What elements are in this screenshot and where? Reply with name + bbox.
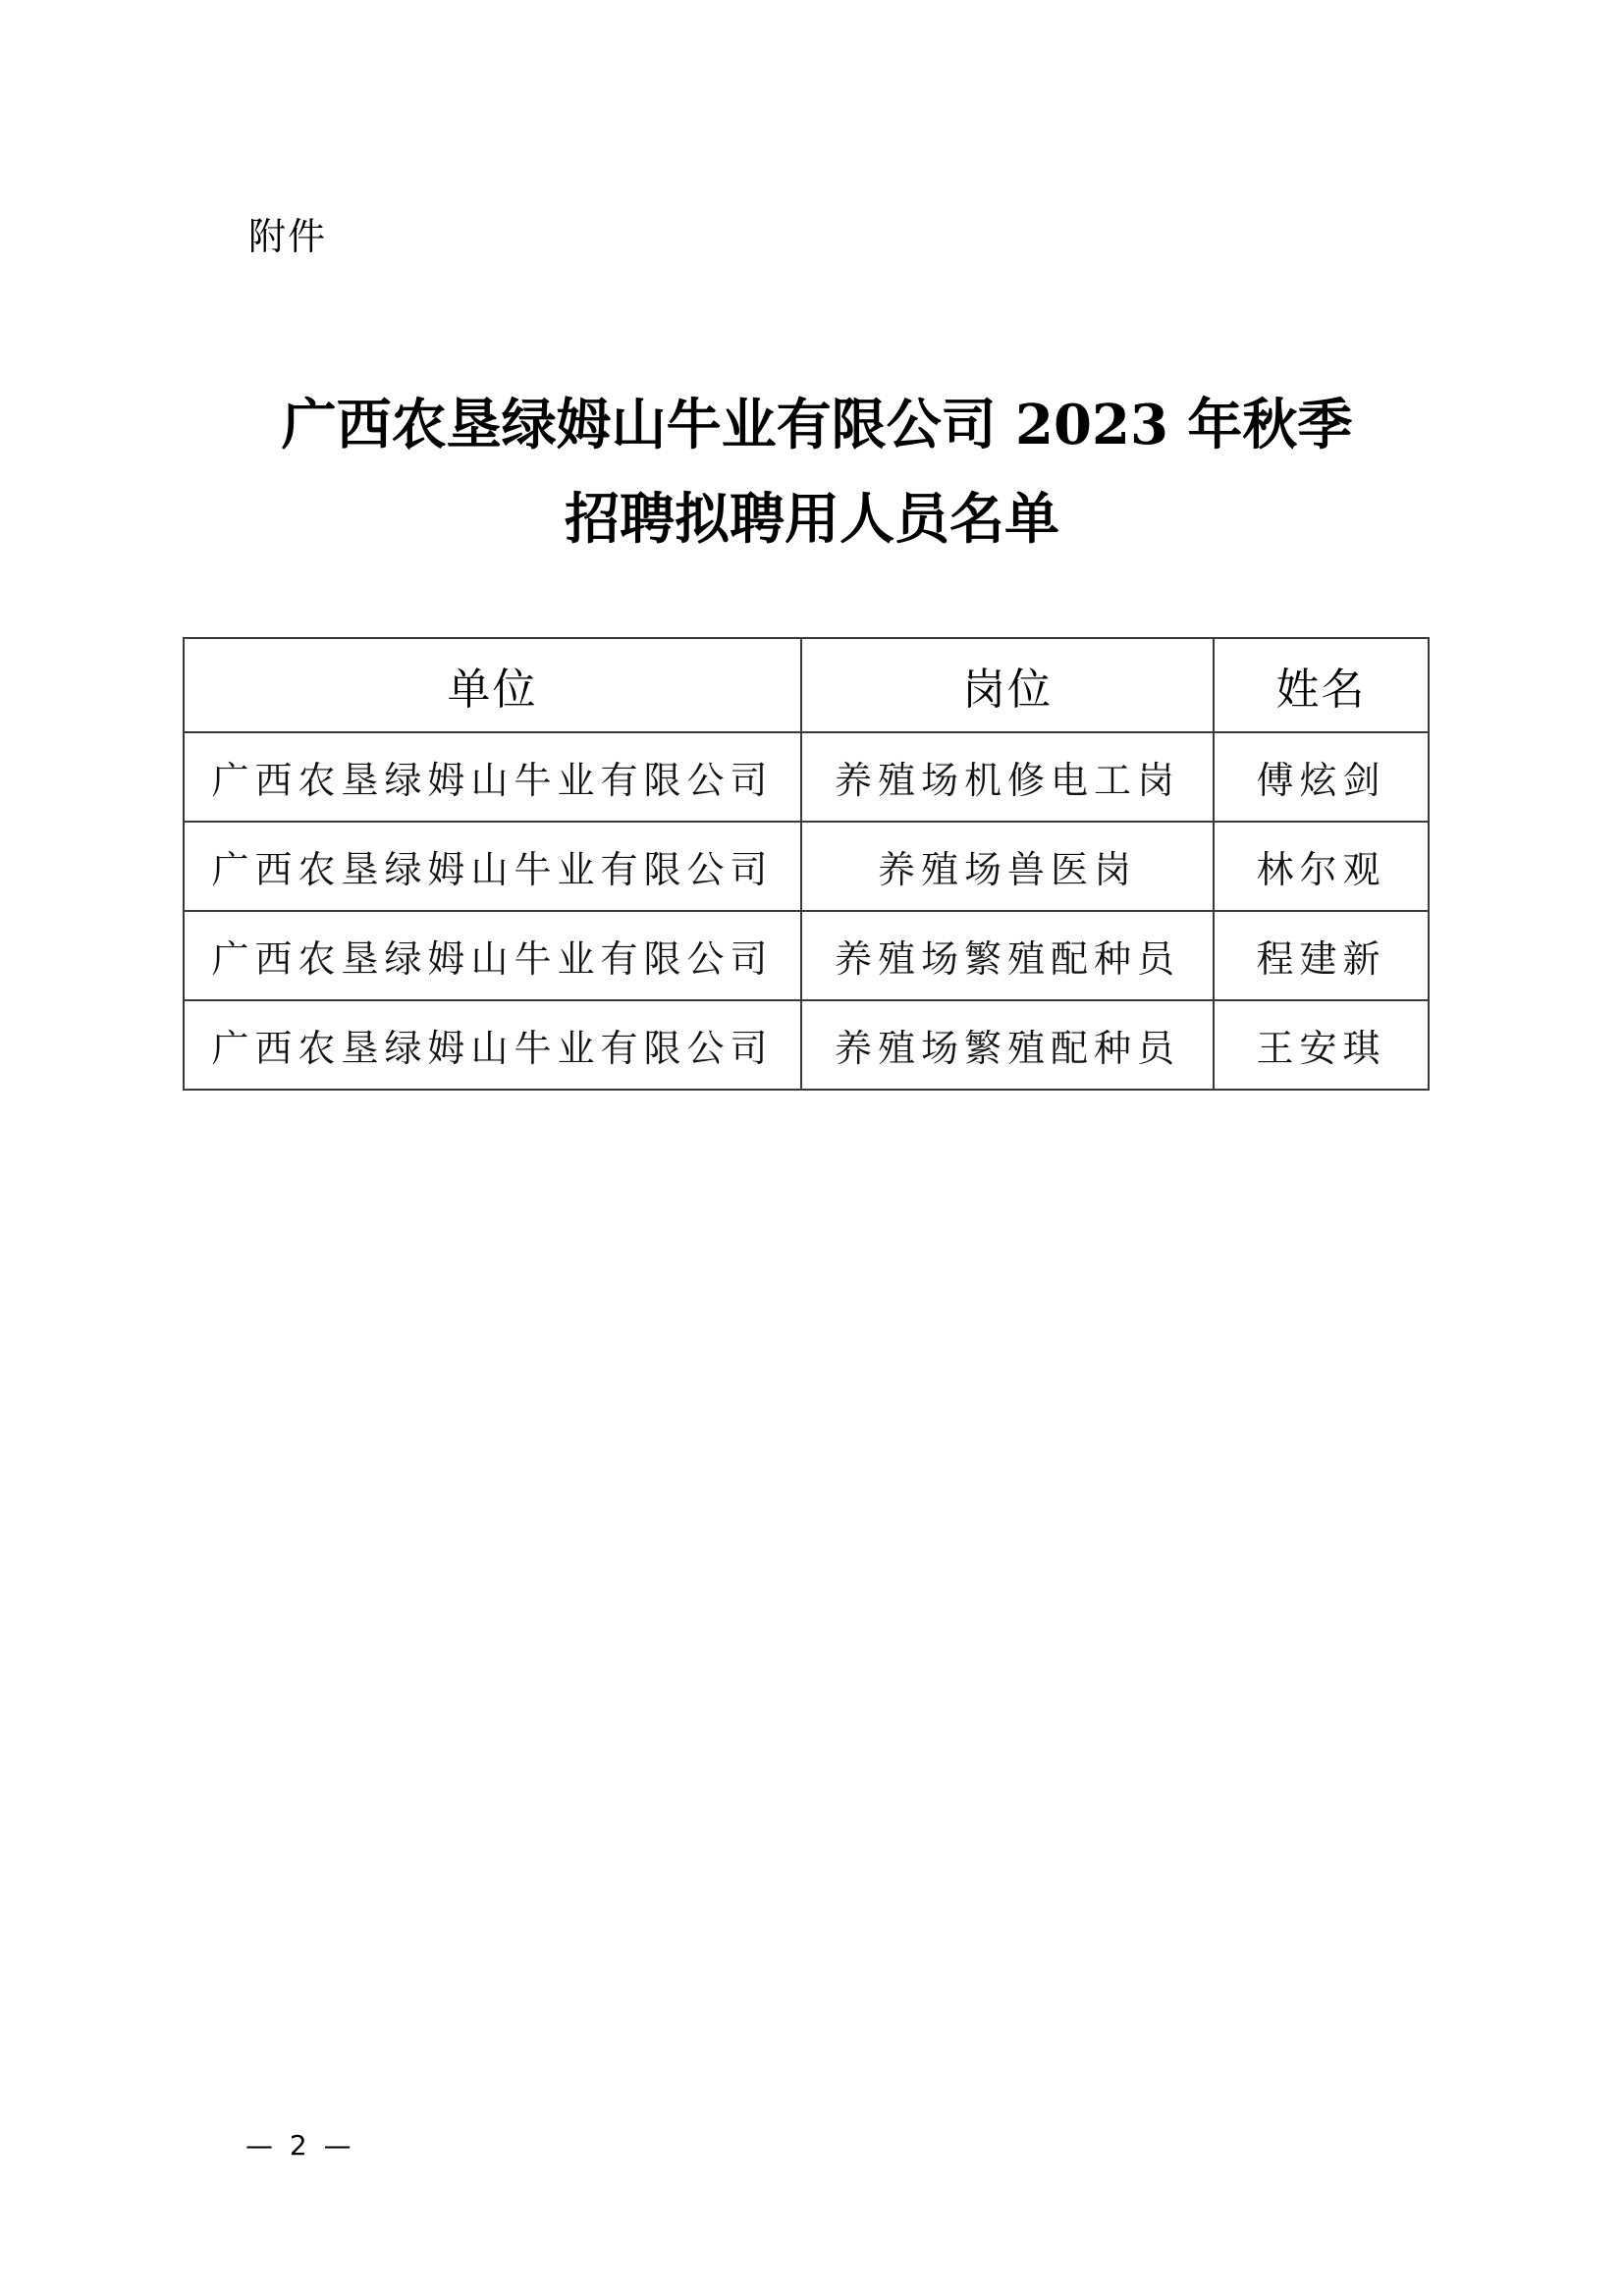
table-row: 广西农垦绿姆山牛业有限公司 养殖场繁殖配种员 王安琪 xyxy=(184,1000,1429,1090)
hiring-roster-table: 单位 岗位 姓名 广西农垦绿姆山牛业有限公司 养殖场机修电工岗 傅炫剑 广西农垦… xyxy=(183,637,1430,1091)
document-title: 广西农垦绿姆山牛业有限公司 2023 年秋季 招聘拟聘用人员名单 xyxy=(0,378,1624,566)
cell-unit: 广西农垦绿姆山牛业有限公司 xyxy=(184,822,801,911)
cell-name: 林尔观 xyxy=(1214,822,1429,911)
table-header-row: 单位 岗位 姓名 xyxy=(184,638,1429,732)
attachment-label: 附件 xyxy=(248,212,327,261)
table-row: 广西农垦绿姆山牛业有限公司 养殖场兽医岗 林尔观 xyxy=(184,822,1429,911)
cell-name: 程建新 xyxy=(1214,911,1429,1000)
cell-name: 王安琪 xyxy=(1214,1000,1429,1090)
table-row: 广西农垦绿姆山牛业有限公司 养殖场繁殖配种员 程建新 xyxy=(184,911,1429,1000)
cell-position: 养殖场机修电工岗 xyxy=(801,732,1214,822)
title-line-1: 广西农垦绿姆山牛业有限公司 2023 年秋季 xyxy=(0,378,1624,472)
cell-position: 养殖场繁殖配种员 xyxy=(801,1000,1214,1090)
cell-position: 养殖场兽医岗 xyxy=(801,822,1214,911)
cell-unit: 广西农垦绿姆山牛业有限公司 xyxy=(184,732,801,822)
cell-name: 傅炫剑 xyxy=(1214,732,1429,822)
header-unit: 单位 xyxy=(184,638,801,732)
title-line-2: 招聘拟聘用人员名单 xyxy=(0,472,1624,566)
cell-position: 养殖场繁殖配种员 xyxy=(801,911,1214,1000)
header-position: 岗位 xyxy=(801,638,1214,732)
table-row: 广西农垦绿姆山牛业有限公司 养殖场机修电工岗 傅炫剑 xyxy=(184,732,1429,822)
cell-unit: 广西农垦绿姆山牛业有限公司 xyxy=(184,1000,801,1090)
page-number: — 2 — xyxy=(245,2126,355,2165)
cell-unit: 广西农垦绿姆山牛业有限公司 xyxy=(184,911,801,1000)
header-name: 姓名 xyxy=(1214,638,1429,732)
